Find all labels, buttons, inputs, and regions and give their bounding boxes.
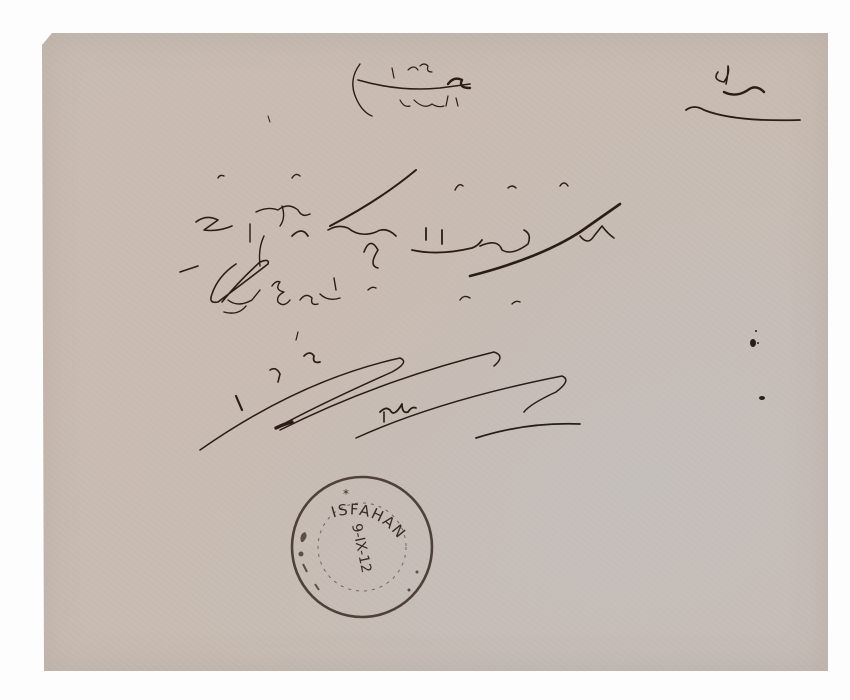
postmark-star: * xyxy=(343,487,349,501)
ink-spots xyxy=(750,330,765,400)
address-diacritics xyxy=(218,174,568,304)
postmark: ISFAHAN * 9-IX-12 xyxy=(287,472,437,622)
bottom-flourishes xyxy=(200,332,580,450)
top-note xyxy=(268,64,470,122)
postmark-date: 9-IX-12 xyxy=(348,522,374,574)
address-line xyxy=(196,170,620,276)
top-right-note xyxy=(686,66,800,120)
address-line-left xyxy=(180,260,340,313)
